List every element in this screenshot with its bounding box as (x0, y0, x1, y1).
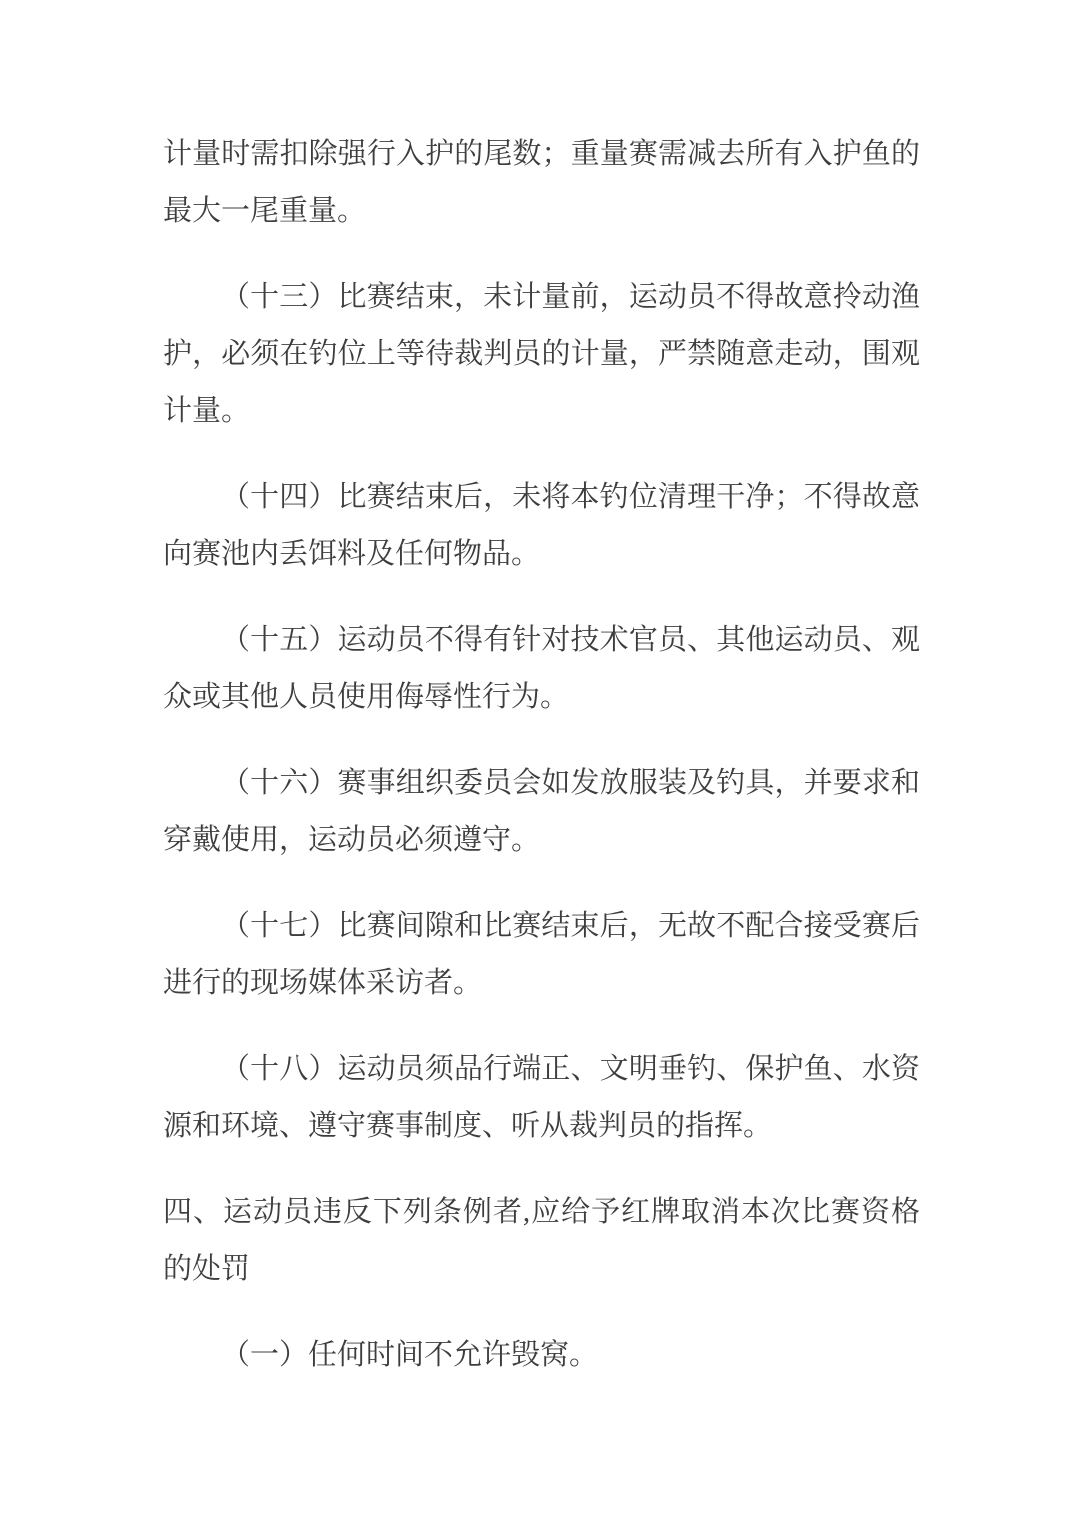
rule-item-1: （一）任何时间不允许毁窝。 (163, 1327, 920, 1384)
section-heading-4: 四、运动员违反下列条例者,应给予红牌取消本次比赛资格的处罚 (163, 1184, 920, 1298)
paragraph-continuation: 计量时需扣除强行入护的尾数；重量赛需减去所有入护鱼的最大一尾重量。 (163, 126, 920, 240)
rule-item-14: （十四）比赛结束后，未将本钓位清理干净；不得故意向赛池内丢饵料及任何物品。 (163, 469, 920, 583)
rule-item-13: （十三）比赛结束，未计量前，运动员不得故意拎动渔护，必须在钓位上等待裁判员的计量… (163, 269, 920, 440)
rule-item-16: （十六）赛事组织委员会如发放服装及钓具，并要求和穿戴使用，运动员必须遵守。 (163, 755, 920, 869)
document-page: 计量时需扣除强行入护的尾数；重量赛需减去所有入护鱼的最大一尾重量。 （十三）比赛… (0, 0, 1080, 1527)
rule-item-15: （十五）运动员不得有针对技术官员、其他运动员、观众或其他人员使用侮辱性行为。 (163, 612, 920, 726)
rule-item-18: （十八）运动员须品行端正、文明垂钓、保护鱼、水资源和环境、遵守赛事制度、听从裁判… (163, 1041, 920, 1155)
rule-item-17: （十七）比赛间隙和比赛结束后，无故不配合接受赛后进行的现场媒体采访者。 (163, 898, 920, 1012)
